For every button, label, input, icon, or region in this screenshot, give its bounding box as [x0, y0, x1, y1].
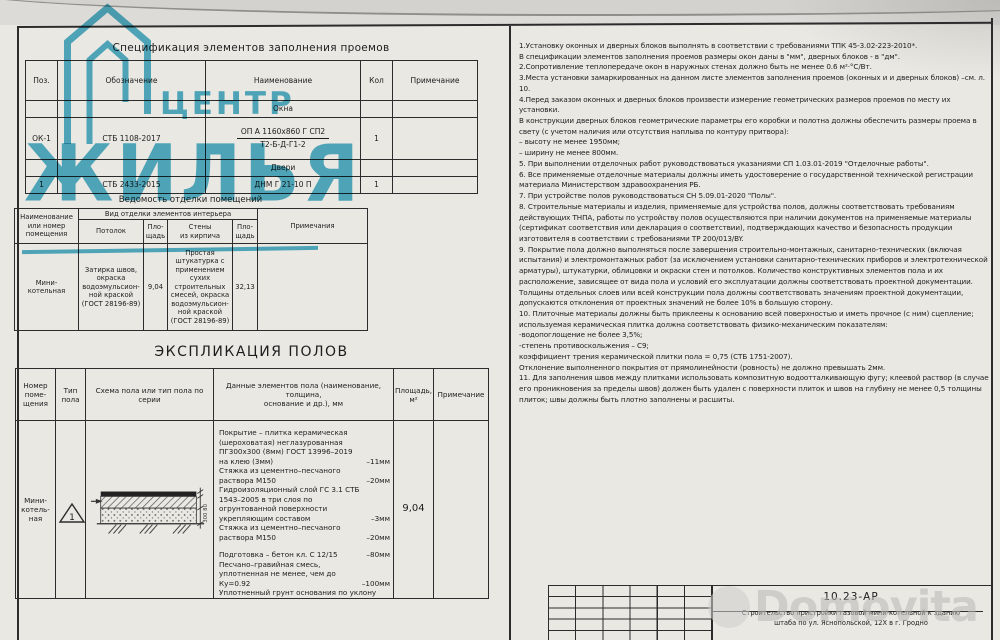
note-line: Отклонение выполненного покрытия от прям… [519, 363, 990, 374]
col-header-area: Площадь, м² [394, 369, 434, 421]
cell-note [393, 176, 478, 193]
col-header-area: Пло- щадь [144, 220, 168, 244]
col-header-note: Примечание [393, 61, 478, 101]
cell-room: Мини- котель- ная [16, 421, 56, 599]
domovita-logo-circle-icon [708, 586, 750, 628]
domovita-wordmark: Domovita [754, 582, 978, 632]
note-line: 9. Покрытие пола должно выполняться посл… [519, 245, 990, 309]
note-line: 4.Перед заказом оконных и дверных блоков… [519, 95, 990, 116]
house-logo-icon [52, 2, 167, 147]
floor-layer: Гидроизоляционный слой ГС 3.1 СТБ 1543–2… [219, 485, 390, 523]
floor-layer: Уплотненный грунт основания по уклону [219, 588, 390, 598]
col-header-floor-data: Данные элементов пола (наименование, тол… [214, 369, 394, 421]
col-header-area: Пло- щадь [233, 220, 258, 244]
note-line: 8. Строительные материалы и изделия, при… [519, 202, 990, 245]
frame-right-line [991, 18, 993, 640]
note-line: В спецификации элементов заполнения прое… [519, 52, 990, 63]
svg-text:1: 1 [69, 513, 75, 523]
frame-divider-line [509, 26, 511, 640]
cell-floor-schema: 300 80 [86, 421, 214, 599]
floor-layer: Стяжка из цементно–песчаного раствора М1… [219, 466, 390, 485]
cell-qty: 1 [361, 176, 393, 193]
table-row: Мини- котельная Затирка швов, окраска во… [15, 244, 368, 331]
cell-walls-finish: Простая штукатурка с применением сухих с… [168, 244, 233, 331]
cell-floor-layers: Покрытие – плитка керамическая (шерохова… [214, 421, 394, 599]
note-line: 1.Установку оконных и дверных блоков вып… [519, 41, 990, 52]
note-line: -водопоглощение не более 3,5%; [519, 330, 990, 341]
note-line: – ширину не менее 800мм. [519, 148, 990, 159]
cell-note [434, 421, 489, 599]
table-row: Мини- котель- ная 1 [16, 421, 489, 599]
note-line: -степень противоскольжения – С9; [519, 341, 990, 352]
col-header-room: Номер поме- щения [16, 369, 56, 421]
col-header-qty: Кол [361, 61, 393, 101]
title-block-grid [548, 585, 713, 640]
note-line: коэффициент трения керамической плитки п… [519, 352, 990, 363]
floor-layer: Песчано–гравийная смесь, уплотненная не … [219, 560, 390, 589]
finish-table: Наименование или номер помещения Вид отд… [14, 208, 368, 331]
col-header-ceiling: Потолок [79, 220, 144, 244]
cell-qty: 1 [361, 118, 393, 160]
cell-ceiling-finish: Затирка швов, окраска водоэмульсион- ной… [79, 244, 144, 331]
col-header-floor-type: Тип пола [56, 369, 86, 421]
note-line: 5. При выполнении отделочных работ руков… [519, 159, 990, 170]
note-line: 11. Для заполнения швов между плитками и… [519, 373, 990, 405]
cell-floor-area: 9,04 [394, 421, 434, 599]
col-header-schema: Схема пола или тип пола по серии [86, 369, 214, 421]
cell-walls-area: 32,13 [233, 244, 258, 331]
col-header-note: Примечание [434, 369, 489, 421]
floor-layer: Стяжка из цементно–песчаного раствора М1… [219, 523, 390, 542]
note-line: 10. Плиточные материалы должны быть прик… [519, 309, 990, 330]
note-line: В конструкции дверных блоков геометричес… [519, 116, 990, 137]
floor-layer: Подготовка – бетон кл. С 12/15–80мм [219, 550, 390, 560]
floor-type-triangle-icon: 1 [57, 501, 87, 525]
cell-floor-type: 1 [56, 421, 86, 599]
note-line: 3.Места установки замаркированных на дан… [519, 73, 990, 94]
note-line: 7. При устройстве полов руководствоватьс… [519, 191, 990, 202]
floors-table-title: ЭКСПЛИКАЦИЯ ПОЛОВ [15, 344, 488, 360]
svg-text:300 80: 300 80 [203, 503, 209, 522]
watermark-centr-text: ЦЕНТР [160, 86, 295, 122]
cell-ceiling-area: 9,04 [144, 244, 168, 331]
general-notes: 1.Установку оконных и дверных блоков вып… [519, 41, 990, 405]
drawing-sheet: Спецификация элементов заполнения проемо… [0, 0, 1000, 640]
note-line: 6. Все применяемые отделочные материалы … [519, 170, 990, 191]
floor-schema-drawing: 300 80 [89, 477, 211, 549]
floors-header-row: Номер поме- щения Тип пола Схема пола ил… [16, 369, 489, 421]
floor-layer: Покрытие – плитка керамическая (шерохова… [219, 428, 390, 466]
floors-table: Номер поме- щения Тип пола Схема пола ил… [15, 368, 489, 599]
domovita-watermark: Domovita [708, 582, 978, 632]
note-line: – высоту не менее 1950мм; [519, 137, 990, 148]
cell-room: Мини- котельная [15, 244, 79, 331]
note-line: 2.Сопротивление теплопередаче окон в нар… [519, 62, 990, 73]
col-header-walls: Стены из кирпича [168, 220, 233, 244]
watermark-zhilya-text: ЖИЛЬЯ [24, 128, 362, 220]
cell-note [258, 244, 368, 331]
cell-note [393, 118, 478, 160]
